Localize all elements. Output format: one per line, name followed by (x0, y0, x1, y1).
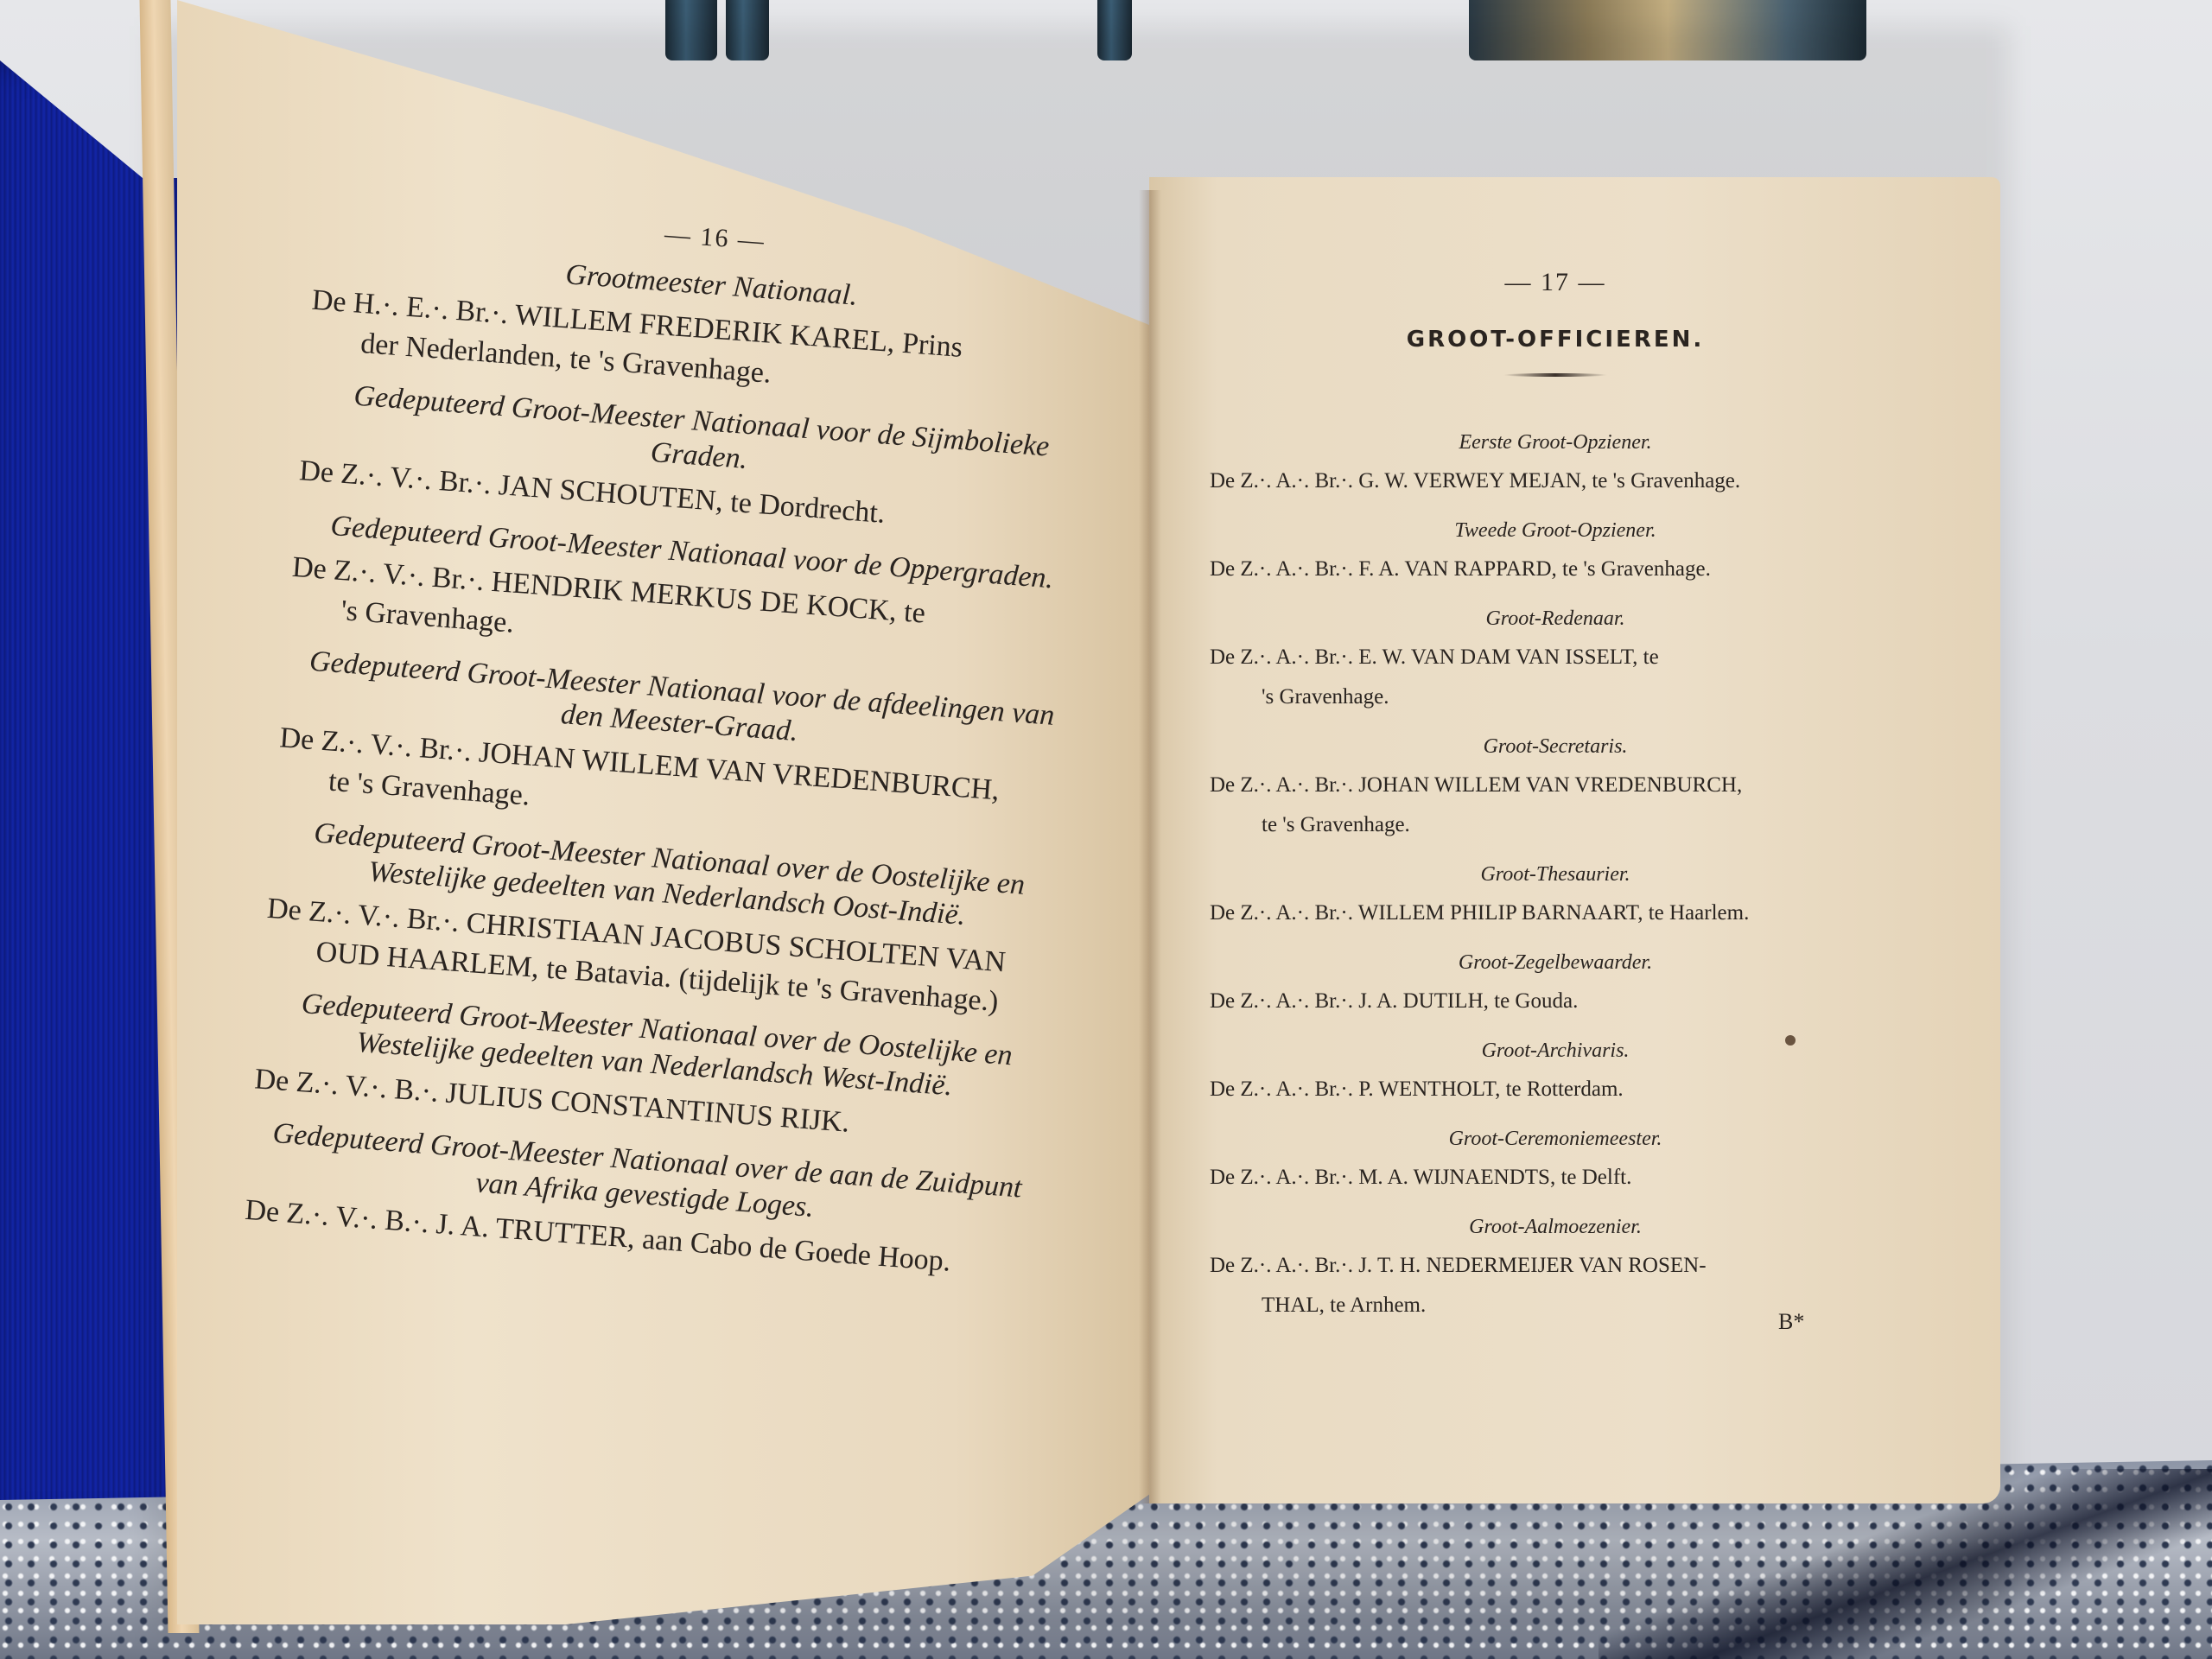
person-entry: De Z.·. A.·. Br.·. E. W. VAN DAM VAN ISS… (1210, 638, 1901, 717)
book-gutter (1139, 190, 1161, 1503)
office-title: Groot-Secretaris. (1210, 733, 1901, 760)
office-title: Groot-Zegelbewaarder. (1210, 949, 1901, 976)
person-entry: De Z.·. A.·. Br.·. F. A. VAN RAPPARD, te… (1210, 550, 1901, 589)
person-entry: De Z.·. A.·. Br.·. G. W. VERWEY MEJAN, t… (1210, 461, 1901, 501)
person-continuation: te 's Gravenhage. (1210, 805, 1901, 845)
person-line: De Z.·. A.·. Br.·. JOHAN WILLEM VAN VRED… (1210, 773, 1742, 797)
person-entry: De Z.·. A.·. Br.·. WILLEM PHILIP BARNAAR… (1210, 893, 1901, 933)
office-title: Tweede Groot-Opziener. (1210, 517, 1901, 544)
page-number: — 17 — (1210, 268, 1901, 297)
photo-scene: — 16 — Grootmeester Nationaal. De H.·. E… (0, 0, 2212, 1659)
person-line: De Z.·. A.·. Br.·. J. T. H. NEDERMEIJER … (1210, 1254, 1707, 1277)
office-title: Groot-Archivaris. (1210, 1037, 1901, 1065)
foxing-spot (1785, 1035, 1796, 1046)
section-heading: GROOT-OFFICIEREN. (1210, 327, 1901, 353)
person-entry: De Z.·. A.·. Br.·. JOHAN WILLEM VAN VRED… (1210, 766, 1901, 845)
office-title: Eerste Groot-Opziener. (1210, 429, 1901, 456)
office-title: Groot-Aalmoezenier. (1210, 1213, 1901, 1241)
right-page-text: — 17 — GROOT-OFFICIEREN. Eerste Groot-Op… (1210, 268, 1901, 1325)
ornament-rule (1503, 373, 1607, 377)
person-entry: De Z.·. A.·. Br.·. J. A. DUTILH, te Goud… (1210, 982, 1901, 1021)
office-title: Groot-Thesaurier. (1210, 861, 1901, 888)
person-line: De Z.·. A.·. Br.·. E. W. VAN DAM VAN ISS… (1210, 645, 1659, 669)
person-continuation: 's Gravenhage. (1210, 677, 1901, 717)
left-page-text: — 16 — Grootmeester Nationaal. De H.·. E… (244, 194, 1113, 1288)
office-title: Groot-Ceremoniemeester. (1210, 1125, 1901, 1153)
person-entry: De Z.·. A.·. Br.·. M. A. WIJNAENDTS, te … (1210, 1158, 1901, 1198)
office-title: Groot-Redenaar. (1210, 605, 1901, 632)
person-entry: De Z.·. A.·. Br.·. P. WENTHOLT, te Rotte… (1210, 1070, 1901, 1109)
signature-mark: B* (1778, 1309, 1804, 1335)
